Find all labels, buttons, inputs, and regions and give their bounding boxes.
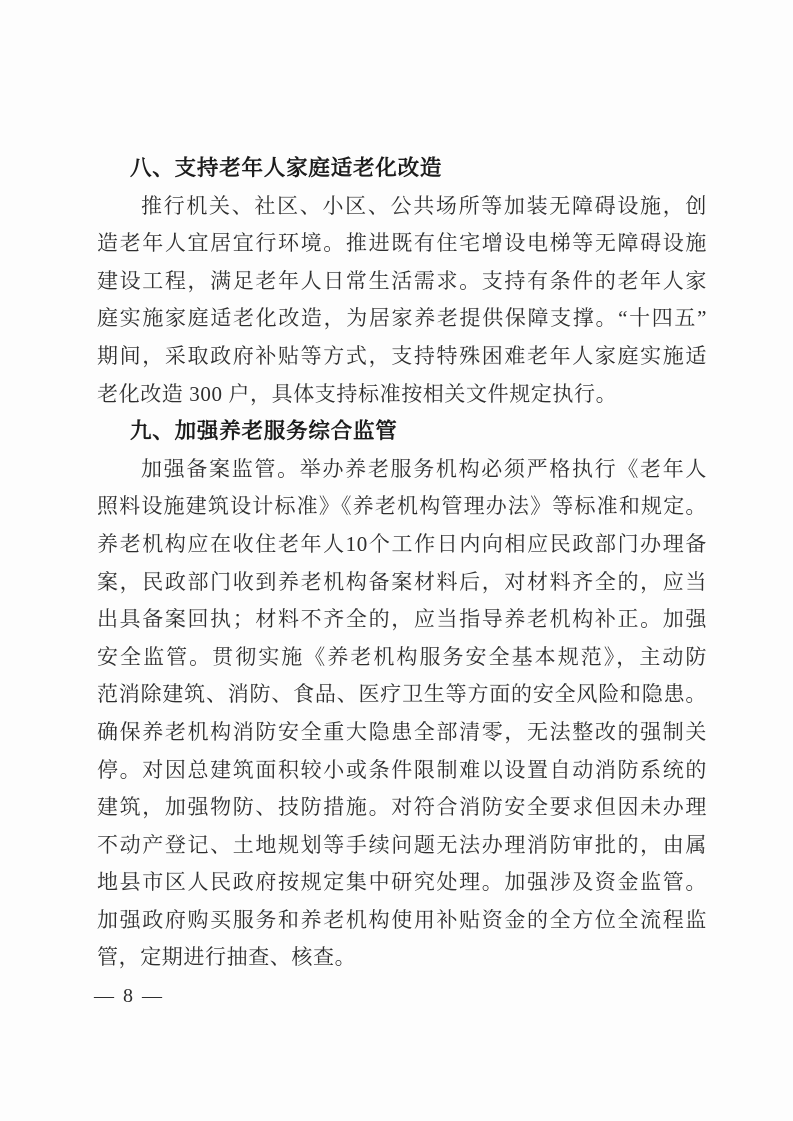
section-9-line-7: 范消除建筑、消防、食品、医疗卫生等方面的安全风险和隐患。: [97, 676, 707, 714]
section-9-line-11: 不动产登记、土地规划等手续问题无法办理消防审批的，由属: [97, 827, 707, 865]
page-number: — 8 —: [94, 985, 164, 1008]
section-8-line-5: 期间，采取政府补贴等方式，支持特殊困难老年人家庭实施适: [97, 338, 707, 376]
section-9-line-9: 停。对因总建筑面积较小或条件限制难以设置自动消防系统的: [97, 752, 707, 790]
section-9-line-2: 照料设施建筑设计标准》《养老机构管理办法》等标准和规定。: [97, 488, 707, 526]
section-8-line-4: 庭实施家庭适老化改造，为居家养老提供保障支撑。“十四五”: [97, 300, 707, 338]
section-8-line-3: 建设工程，满足老年人日常生活需求。支持有条件的老年人家: [97, 263, 707, 301]
section-9-line-14: 管，定期进行抽查、核查。: [97, 939, 707, 977]
section-9-line-8: 确保养老机构消防安全重大隐患全部清零，无法整改的强制关: [97, 714, 707, 752]
section-9-line-12: 地县市区人民政府按规定集中研究处理。加强涉及资金监管。: [97, 864, 707, 902]
section-8-line-6: 老化改造 300 户，具体支持标准按相关文件规定执行。: [97, 376, 707, 414]
section-9-line-3: 养老机构应在收住老年人10个工作日内向相应民政部门办理备: [97, 526, 707, 564]
section-9-line-4: 案，民政部门收到养老机构备案材料后，对材料齐全的，应当: [97, 564, 707, 602]
section-9-line-10: 建筑，加强物防、技防措施。对符合消防安全要求但因未办理: [97, 789, 707, 827]
section-9-line-6: 安全监管。贯彻实施《养老机构服务安全基本规范》，主动防: [97, 639, 707, 677]
section-9-line-5: 出具备案回执；材料不齐全的，应当指导养老机构补正。加强: [97, 601, 707, 639]
section-8-heading: 八、支持老年人家庭适老化改造: [97, 150, 707, 188]
section-9-line-13: 加强政府购买服务和养老机构使用补贴资金的全方位全流程监: [97, 902, 707, 940]
section-8-line-2: 造老年人宜居宜行环境。推进既有住宅增设电梯等无障碍设施: [97, 225, 707, 263]
section-8-line-1: 推行机关、社区、小区、公共场所等加装无障碍设施，创: [97, 188, 707, 226]
section-9-heading: 九、加强养老服务综合监管: [97, 413, 707, 451]
document-page: 八、支持老年人家庭适老化改造 推行机关、社区、小区、公共场所等加装无障碍设施，创…: [0, 0, 793, 1121]
document-body: 八、支持老年人家庭适老化改造 推行机关、社区、小区、公共场所等加装无障碍设施，创…: [97, 150, 707, 977]
section-9-line-1: 加强备案监管。举办养老服务机构必须严格执行《老年人: [97, 451, 707, 489]
